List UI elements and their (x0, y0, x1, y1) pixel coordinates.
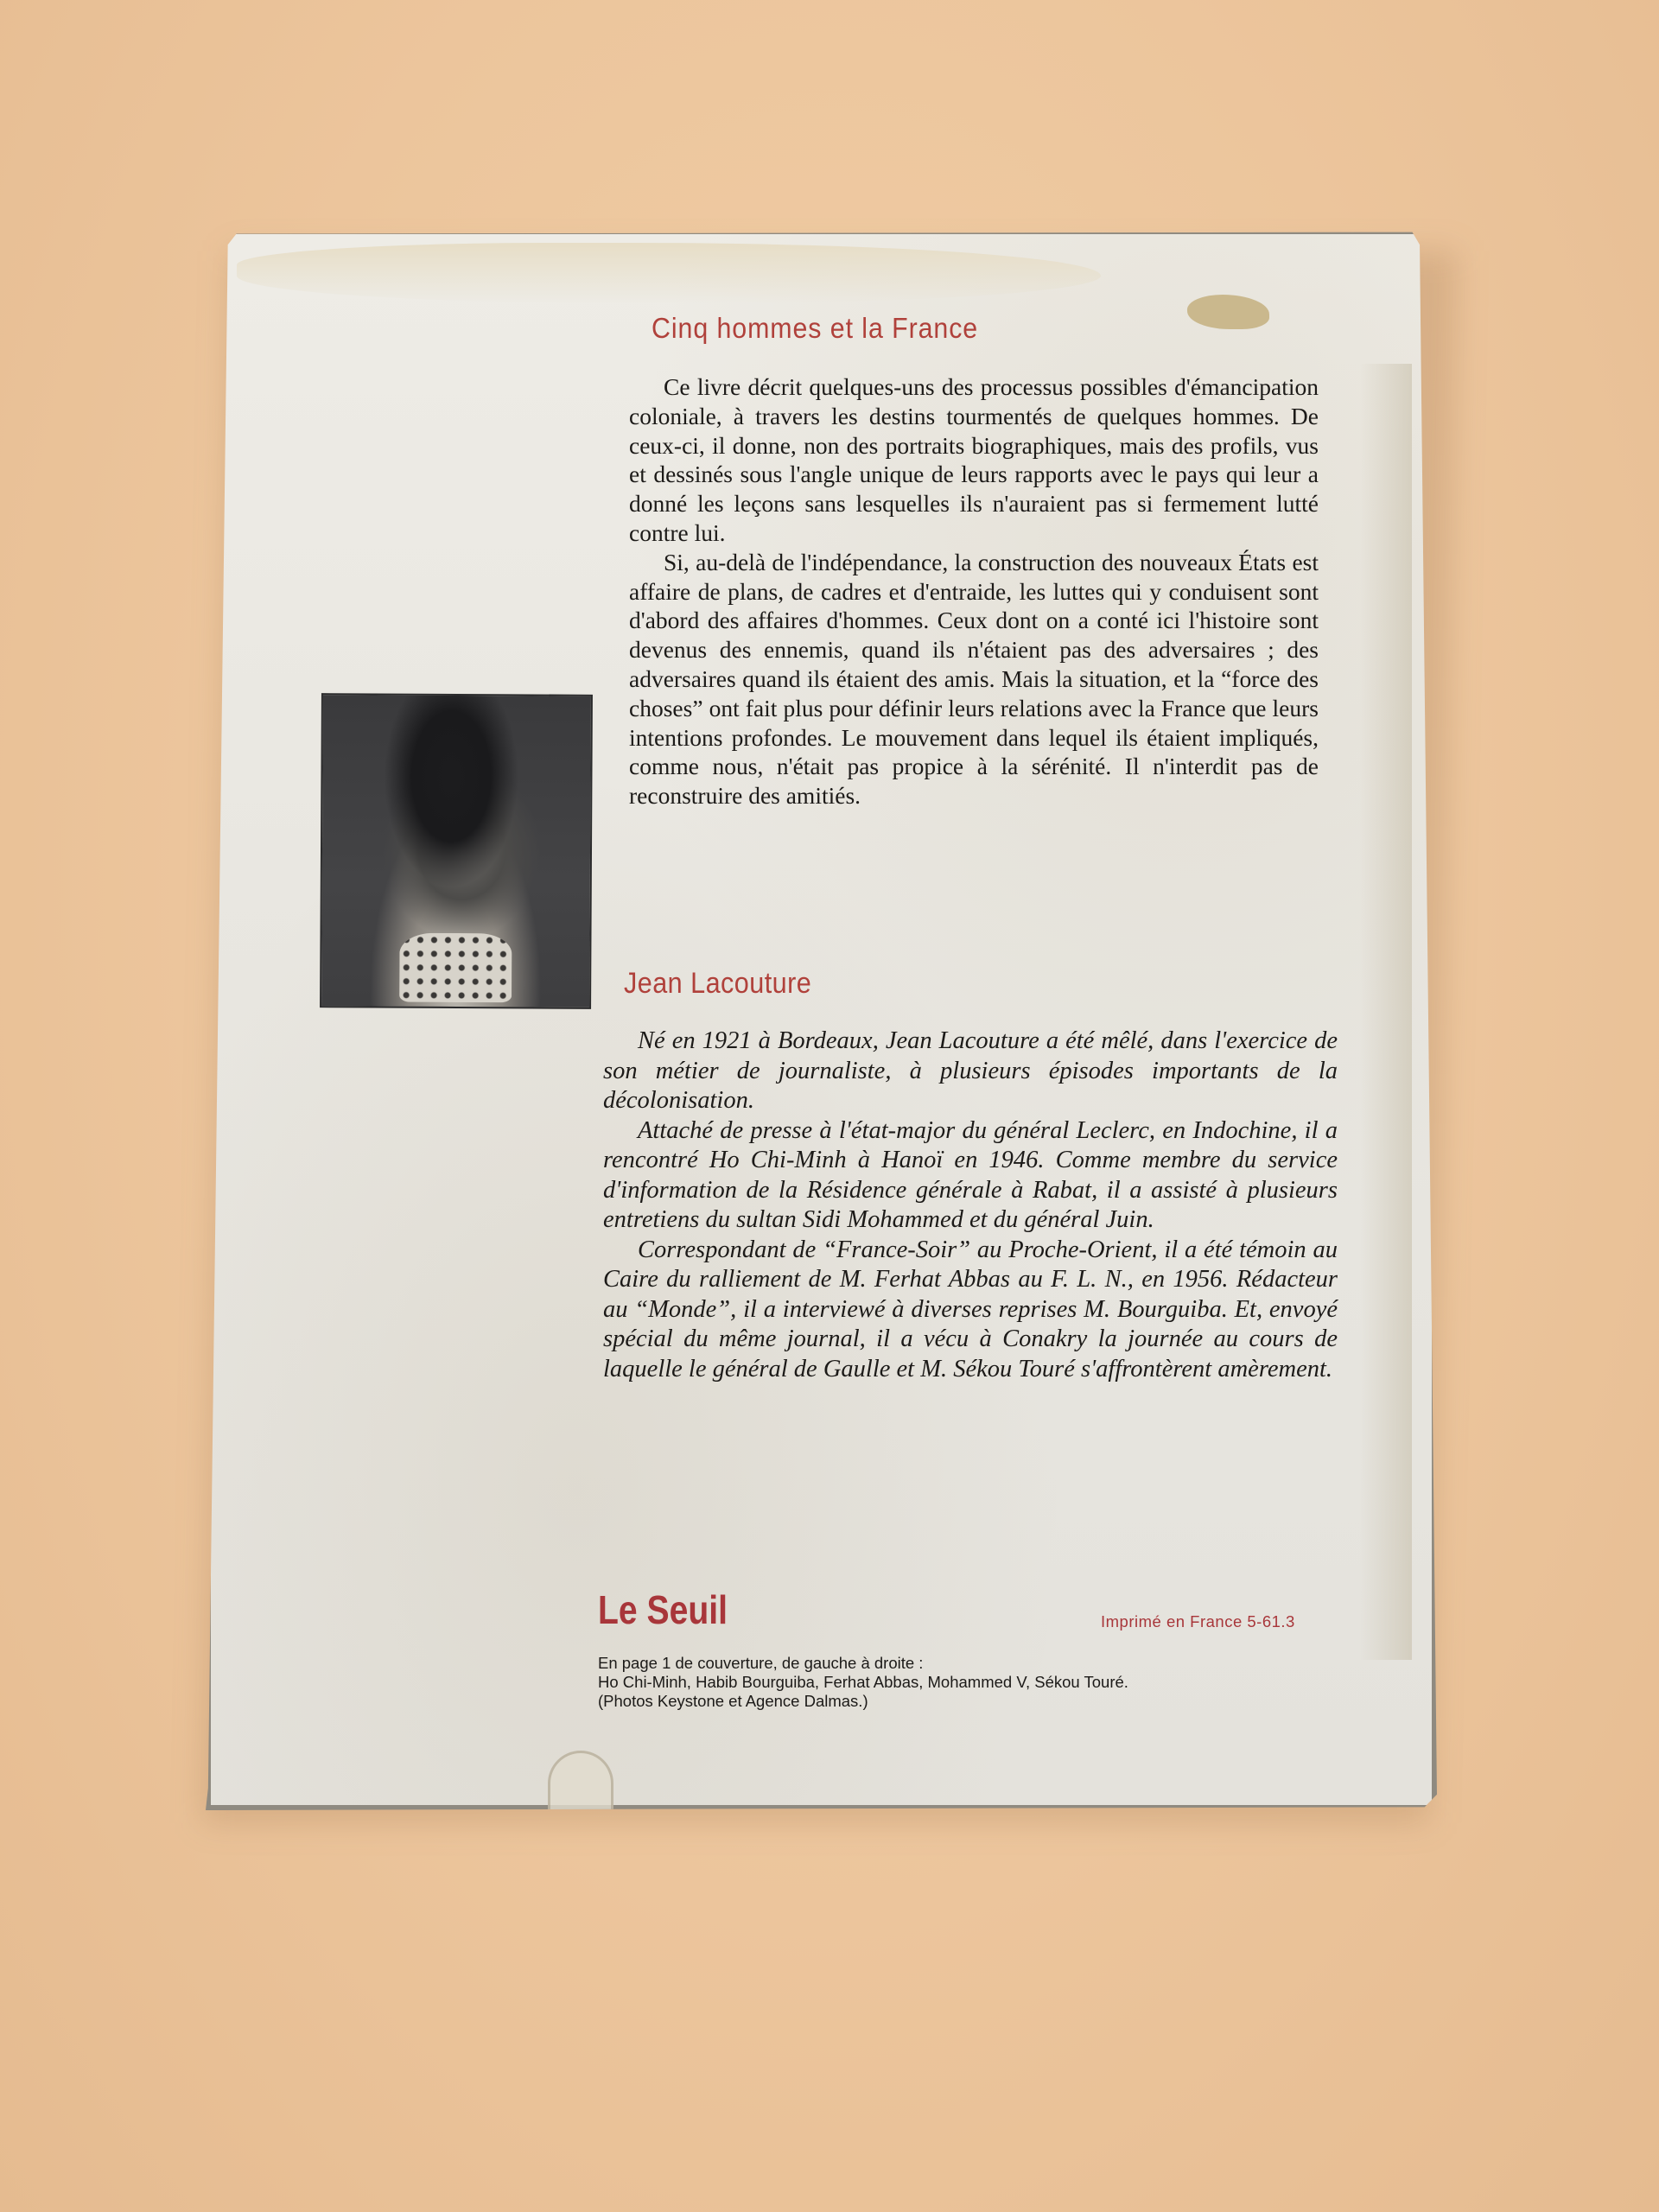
brown-stain (1187, 295, 1269, 329)
credits-line: (Photos Keystone et Agence Dalmas.) (598, 1692, 1128, 1711)
bio-paragraph: Attaché de presse à l'état-major du géné… (603, 1116, 1338, 1236)
photo-credits: En page 1 de couverture, de gauche à dro… (598, 1654, 1128, 1711)
book-back-cover: Cinq hommes et la France Ce livre décrit… (206, 229, 1437, 1810)
bio-paragraph: Né en 1921 à Bordeaux, Jean Lacouture a … (603, 1027, 1338, 1116)
water-stain (237, 243, 1101, 303)
publisher-logo: Le Seuil (598, 1586, 728, 1633)
book-title: Cinq hommes et la France (652, 312, 978, 345)
polka-dot-scarf (399, 933, 512, 1003)
printed-note: Imprimé en France 5-61.3 (1101, 1612, 1295, 1631)
edge-stain (1360, 364, 1412, 1660)
bio-paragraph: Correspondant de “France-Soir” au Proche… (603, 1236, 1338, 1385)
credits-line: Ho Chi-Minh, Habib Bourguiba, Ferhat Abb… (598, 1673, 1128, 1692)
description-paragraph: Ce livre décrit quelques-uns des process… (629, 372, 1319, 548)
author-bio: Né en 1921 à Bordeaux, Jean Lacouture a … (603, 1027, 1338, 1384)
author-photo (320, 693, 593, 1009)
credits-line: En page 1 de couverture, de gauche à dro… (598, 1654, 1128, 1673)
description-paragraph: Si, au-delà de l'indépendance, la constr… (629, 548, 1319, 810)
bottom-stain (548, 1751, 613, 1816)
book-description: Ce livre décrit quelques-uns des process… (629, 372, 1319, 810)
author-name: Jean Lacouture (624, 967, 811, 1001)
